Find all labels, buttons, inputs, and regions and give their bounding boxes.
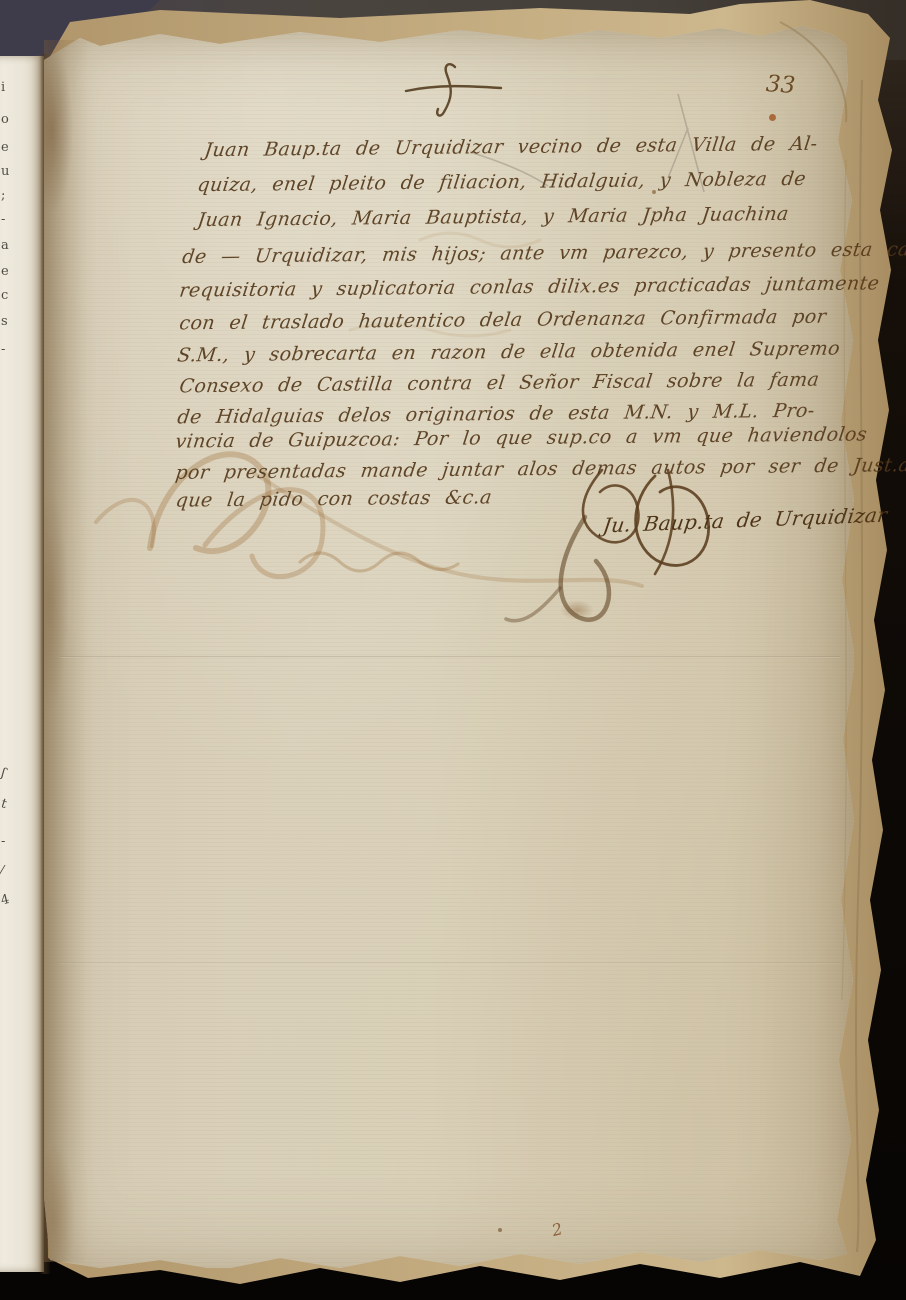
print-fragment: e bbox=[1, 140, 15, 155]
ink-fragment: - bbox=[1, 834, 15, 849]
print-fragment: s bbox=[1, 314, 15, 329]
rust-stain bbox=[769, 114, 776, 121]
print-fragment: a bbox=[1, 238, 15, 253]
print-fragment: o bbox=[1, 112, 15, 127]
facing-page-edge: i o e u ; - a e c s - ʃ t - ⁄ 4 bbox=[0, 56, 44, 1272]
fold-crease bbox=[60, 962, 840, 964]
fold-crease bbox=[60, 656, 840, 658]
ink-fragment: t bbox=[0, 796, 17, 815]
print-fragment: ; bbox=[1, 188, 15, 203]
print-fragment: - bbox=[1, 342, 15, 357]
ink-speck bbox=[498, 1228, 502, 1232]
ink-fragment: 4 bbox=[0, 891, 17, 909]
folio-number: 33 bbox=[765, 71, 796, 99]
ink-fragment: ⁄ bbox=[1, 864, 15, 879]
ink-fragment: ʃ bbox=[0, 766, 17, 785]
manuscript-photo: i o e u ; - a e c s - ʃ t - ⁄ 4 bbox=[0, 0, 906, 1300]
gutter-stain bbox=[44, 40, 88, 1262]
ink-smudge bbox=[560, 600, 594, 620]
print-fragment: c bbox=[1, 288, 15, 303]
manuscript-line: que la pido con costas &c.a bbox=[174, 486, 493, 511]
print-fragment: i bbox=[1, 80, 15, 95]
print-fragment: e bbox=[1, 264, 15, 279]
print-fragment: - bbox=[1, 212, 15, 227]
print-fragment: u bbox=[1, 164, 15, 179]
